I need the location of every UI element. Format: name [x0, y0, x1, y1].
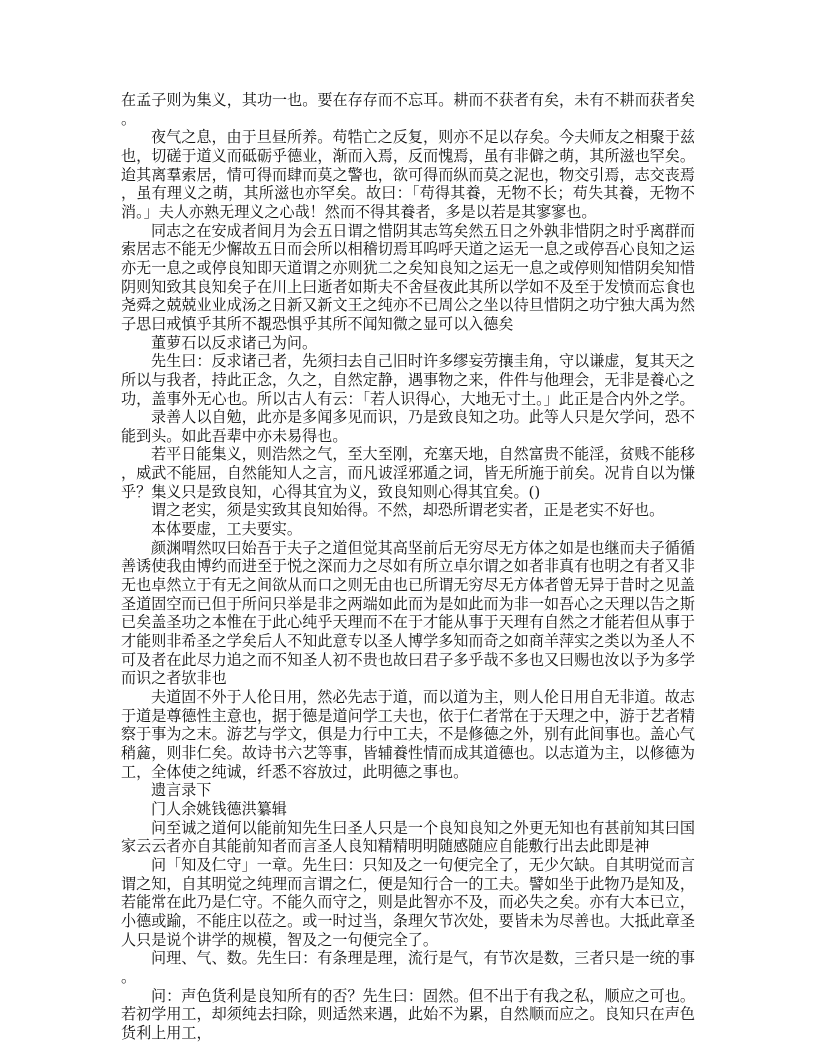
document-page: 在孟子则为集义，其功一也。要在存存而不忘耳。耕而不获者有矣，未有不耕而获者矣。 … [121, 91, 695, 1042]
paragraph-substance-effort: 本体要虚，工夫要实。 [121, 520, 695, 539]
compiler-credit: 门人余姚钱德洪纂辑 [121, 800, 695, 819]
section-heading: 遗言录下 [121, 781, 695, 800]
paragraph-principle-qi-number: 问理、气、数。先生曰：有条理是理，流行是气，有节次是数，三者只是一统的事。 [121, 949, 695, 986]
paragraph-the-way: 夫道固不外于人伦日用，然必先志于道，而以道为主，则人伦日用自无非道。故志于道是尊… [121, 688, 695, 781]
paragraph-honesty: 谓之老实，须是实致其良知始得。不然，却恐所谓老实者，正是老实不好也。 [121, 501, 695, 520]
paragraph-night-qi: 夜气之息，由于旦昼所养。苟牿亡之反复，则亦不足以存矣。今夫师友之相聚于兹也，切磋… [121, 128, 695, 221]
paragraph-xiyin-society: 同志之在安成者间月为会五日谓之惜阴其志笃矣然五日之外孰非惜阴之时乎离群而索居志不… [121, 222, 695, 334]
paragraph-knowledge-humanity: 问「知及仁守」一章。先生曰：只知及之一句便完全了，无少欠缺。自其明觉而言谓之知，… [121, 856, 695, 949]
paragraph-dong-luoshi-question: 董萝石以反求诸己为问。 [121, 334, 695, 353]
paragraph-reflect-on-self: 先生曰：反求诸己者，先须扫去自己旧时许多缪妄劳攘圭角，守以谦虚，复其天之所以与我… [121, 352, 695, 408]
paragraph-yan-yuan: 颜渊喟然叹曰始吾于夫子之道但觉其高坚前后无穷尽无方体之如是也继而夫子循循善诱使我… [121, 539, 695, 688]
paragraph-sensual-desires: 问：声色货利是良知所有的否？先生曰：固然。但不出于有我之私，顺应之可也。若初学用… [121, 987, 695, 1043]
paragraph-continuation: 在孟子则为集义，其功一也。要在存存而不忘耳。耕而不获者有矣，未有不耕而获者矣。 [121, 91, 695, 128]
paragraph-accumulate-righteousness: 若平日能集义，则浩然之气，至大至刚，充塞天地，自然富贵不能淫，贫贱不能移，威武不… [121, 445, 695, 501]
paragraph-sincerity-foreknowledge: 问至诚之道何以能前知先生曰圣人只是一个良知良知之外更无知也有甚前知其曰国家云云者… [121, 819, 695, 856]
paragraph-record-good-people: 录善人以自勉，此亦是多闻多见而识，乃是致良知之功。此等人只是欠学问，恐不能到头。… [121, 408, 695, 445]
